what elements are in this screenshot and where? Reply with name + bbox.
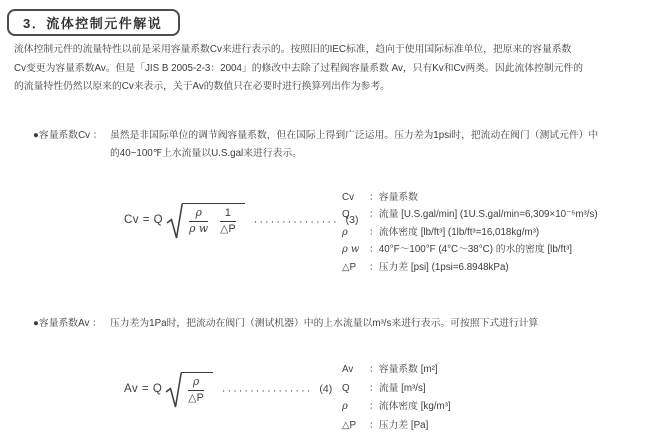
legend-text: ：流体密度 [kg/m³] [369,398,451,417]
legend-symbol: Q [342,380,369,399]
legend-row-rho: ρ ：流体密度 [lb/ft³] (1lb/ft³=16,018kg/m³) [342,224,598,241]
document-page: 3．流体控制元件解说 流体控制元件的流量特性以前是采用容量系数Cv来进行表示的。… [0,0,671,432]
fraction-denominator: △P [188,391,204,405]
fraction-denominator: ρ w [189,222,208,236]
intro-paragraph: 流体控制元件的流量特性以前是采用容量系数Cv来进行表示的。按照旧的IEC标准，趋… [14,41,666,97]
legend-text: ：流量 [U.S.gal/min] (1U.S.gal/min=6,309×10… [369,206,598,223]
legend-row-cv: Cv ：容量系数 [342,189,598,206]
legend-text: ：压力差 [Pa] [369,417,428,432]
dotted-leader: ················ [222,385,313,397]
cv-bullet-label: ●容量系数Cv ： [33,127,103,141]
av-radicand: ρ △P [181,372,213,404]
av-description-line-1: 压力差为1Pa时，把流动在阀门（测试机器）中的上水流量以m³/s来进行表示。可按… [110,315,538,333]
legend-symbol: Av [342,361,369,380]
legend-symbol: △P [342,259,369,276]
av-bullet-label: ●容量系数Av ： [33,315,102,329]
fraction-one-over-deltap: 1 △P [220,207,236,235]
legend-row-deltap: △P ：压力差 [Pa] [342,417,451,432]
dotted-leader: ··············· [254,216,339,228]
legend-symbol: ρ [342,398,369,417]
intro-line-3: 的流量特性仍然以原来的Cv来表示，关于Av的数值只在必要时进行换算列出作为参考。 [14,78,666,97]
legend-row-rho: ρ ：流体密度 [kg/m³] [342,398,451,417]
legend-row-deltap: △P ：压力差 [psi] (1psi=6.8948kPa) [342,259,598,276]
fraction-numerator: ρ [189,207,208,222]
legend-text: ：流体密度 [lb/ft³] (1lb/ft³=16,018kg/m³) [369,224,539,241]
section-title-box: 3．流体控制元件解说 [7,9,180,36]
cv-legend: Cv ：容量系数 Q ：流量 [U.S.gal/min] (1U.S.gal/m… [342,189,598,276]
av-legend: Av ：容量系数 [m²] Q ：流量 [m³/s] ρ ：流体密度 [kg/m… [342,361,451,432]
cv-radicand: ρ ρ w 1 △P [182,203,245,235]
legend-symbol: ρ w [342,241,369,258]
cv-description-line-2: 的40~100℉上水流量以U.S.gal来进行表示。 [110,145,598,163]
intro-line-1: 流体控制元件的流量特性以前是采用容量系数Cv来进行表示的。按照旧的IEC标准，趋… [14,41,666,60]
cv-description-line-1: 虽然是非国际单位的调节阀容量系数，但在国际上得到广泛运用。压力差为1psi时，把… [110,127,598,145]
av-formula: Av = Q ρ △P ················ (4) [124,371,332,411]
intro-line-2: Cv变更为容量系数Av。但是「JIS B 2005-2-3：2004」的修改中去… [14,60,666,79]
legend-row-av: Av ：容量系数 [m²] [342,361,451,380]
legend-symbol: Q [342,206,369,223]
av-formula-lhs: Av = Q [124,383,162,395]
legend-text: ：容量系数 [369,189,418,206]
av-description: 压力差为1Pa时，把流动在阀门（测试机器）中的上水流量以m³/s来进行表示。可按… [110,315,538,333]
cv-formula-lhs: Cv = Q [124,214,163,226]
legend-symbol: △P [342,417,369,432]
section-title: 3．流体控制元件解说 [23,13,162,32]
cv-description: 虽然是非国际单位的调节阀容量系数，但在国际上得到广泛运用。压力差为1psi时，把… [110,127,598,162]
legend-text: ：容量系数 [m²] [369,361,438,380]
legend-symbol: ρ [342,224,369,241]
fraction-rho-over-rhow: ρ ρ w [189,207,208,235]
radical-sign [166,202,183,242]
equation-number-4: (4) [319,383,332,395]
legend-row-q: Q ：流量 [U.S.gal/min] (1U.S.gal/min=6,309×… [342,206,598,223]
fraction-numerator: 1 [220,207,236,222]
legend-row-rhow: ρ w ：40°F～100°F (4°C～38°C) 的水的密度 [lb/ft³… [342,241,598,258]
legend-text: ：流量 [m³/s] [369,380,426,399]
cv-formula: Cv = Q ρ ρ w 1 △P ··············· (3) [124,202,358,242]
legend-symbol: Cv [342,189,369,206]
fraction-rho-over-deltap: ρ △P [188,376,204,404]
legend-text: ：压力差 [psi] (1psi=6.8948kPa) [369,259,509,276]
legend-row-q: Q ：流量 [m³/s] [342,380,451,399]
legend-text: ：40°F～100°F (4°C～38°C) 的水的密度 [lb/ft³] [369,241,572,258]
fraction-numerator: ρ [188,376,204,391]
radical-sign [165,371,182,411]
fraction-denominator: △P [220,222,236,236]
